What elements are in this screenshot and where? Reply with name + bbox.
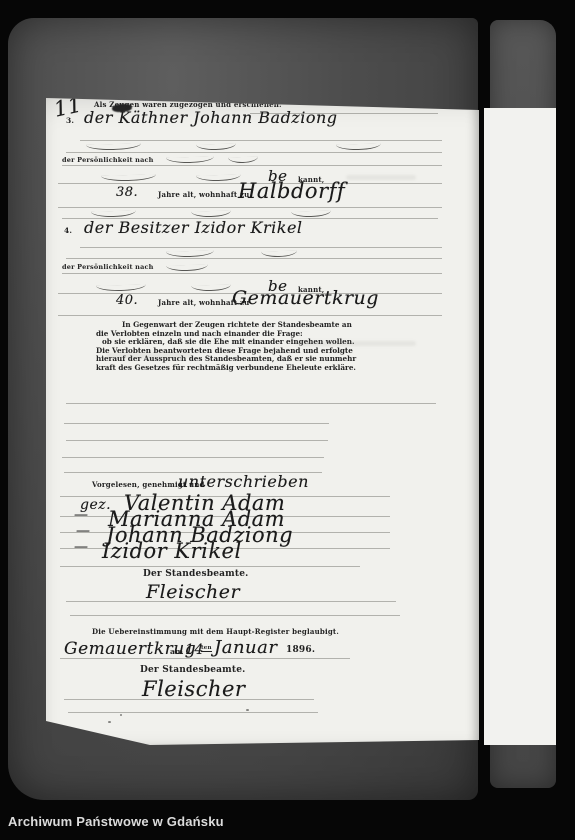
rule-line	[80, 247, 442, 248]
rule-line	[60, 566, 360, 567]
rule-line	[62, 457, 324, 458]
rule-line	[62, 165, 442, 166]
ditto-dash: —	[76, 523, 91, 539]
witness4-name: der Besitzer Izidor Krikel	[84, 218, 303, 237]
ditto-stroke	[166, 156, 214, 163]
witness3-residence: Halbdorff	[238, 179, 345, 203]
ink-speck	[108, 721, 111, 723]
witness3-index: 3.	[66, 116, 74, 125]
declaration-line: kraft des Gesetzes für rechtmäßig verbun…	[96, 364, 372, 373]
ditto-stroke	[228, 157, 258, 164]
witness4-age: 40.	[116, 293, 138, 308]
registrar-signature-1: Fleischer	[146, 581, 240, 603]
ditto-stroke	[291, 210, 331, 217]
archive-caption: Archiwum Państwowe w Gdańsku	[8, 814, 224, 829]
witness4-identity-label: der Persönlichkeit nach	[62, 263, 154, 271]
rule-line	[58, 207, 442, 208]
right-page-edge	[484, 108, 556, 745]
ditto-stroke	[86, 143, 141, 150]
document-page: 11 Als Zeugen waren zugezogen und erschi…	[46, 95, 479, 745]
witness3-identity-label: der Persönlichkeit nach	[62, 156, 154, 164]
ditto-stroke	[191, 210, 231, 217]
ditto-stroke	[191, 284, 231, 291]
bleed-through-mark	[346, 175, 416, 180]
rule-line	[58, 315, 442, 316]
ditto-stroke	[336, 143, 381, 150]
rule-line	[64, 423, 329, 424]
declaration-paragraph: In Gegenwart der Zeugen richtete der Sta…	[96, 321, 372, 373]
rule-line	[68, 712, 318, 713]
witness4-residence: Gemauertkrug	[232, 287, 379, 309]
certification-year: 1896.	[286, 645, 315, 655]
ditto-stroke	[196, 174, 241, 181]
witness3-age: 38.	[116, 185, 138, 200]
rule-line	[66, 258, 442, 259]
ditto-stroke	[166, 250, 214, 257]
rule-line	[62, 273, 442, 274]
signature-izidor-krikel: Izidor Krikel	[102, 539, 242, 563]
certification-statement: Die Uebereinstimmung mit dem Haupt-Regis…	[92, 627, 339, 636]
rule-line	[60, 658, 350, 659]
ditto-stroke	[96, 284, 146, 291]
ditto-stroke	[91, 210, 136, 217]
witness4-index: 4.	[64, 226, 72, 235]
ditto-dash: —	[74, 539, 89, 555]
witness3-age-label: Jahre alt, wohnhaft zu	[158, 190, 249, 199]
ditto-dash: —	[74, 507, 89, 523]
read-approved-hand: unterschrieben	[178, 472, 309, 491]
certification-am: am	[170, 647, 183, 656]
rule-line	[66, 152, 442, 153]
rule-line	[80, 140, 442, 141]
registrar-label-2: Der Standesbeamte.	[140, 665, 246, 675]
rule-line	[66, 403, 436, 404]
witness3-name: der Käthner Johann Badziong	[84, 108, 338, 127]
ditto-stroke	[166, 264, 208, 271]
rule-line	[66, 440, 328, 441]
registrar-label-1: Der Standesbeamte.	[143, 569, 249, 579]
rule-line	[70, 615, 400, 616]
bleed-through-mark	[106, 353, 192, 358]
registrar-signature-2: Fleischer	[142, 677, 245, 701]
certification-month: Januar	[214, 637, 277, 658]
ditto-stroke	[196, 143, 236, 150]
ditto-stroke	[261, 251, 297, 258]
rule-line	[66, 601, 396, 602]
ink-speck	[120, 714, 122, 716]
certification-day-suffix: ten	[201, 645, 212, 652]
bleed-through-mark	[296, 341, 416, 346]
rule-line	[64, 699, 314, 700]
ditto-stroke	[101, 174, 156, 181]
ink-speck	[246, 709, 249, 711]
